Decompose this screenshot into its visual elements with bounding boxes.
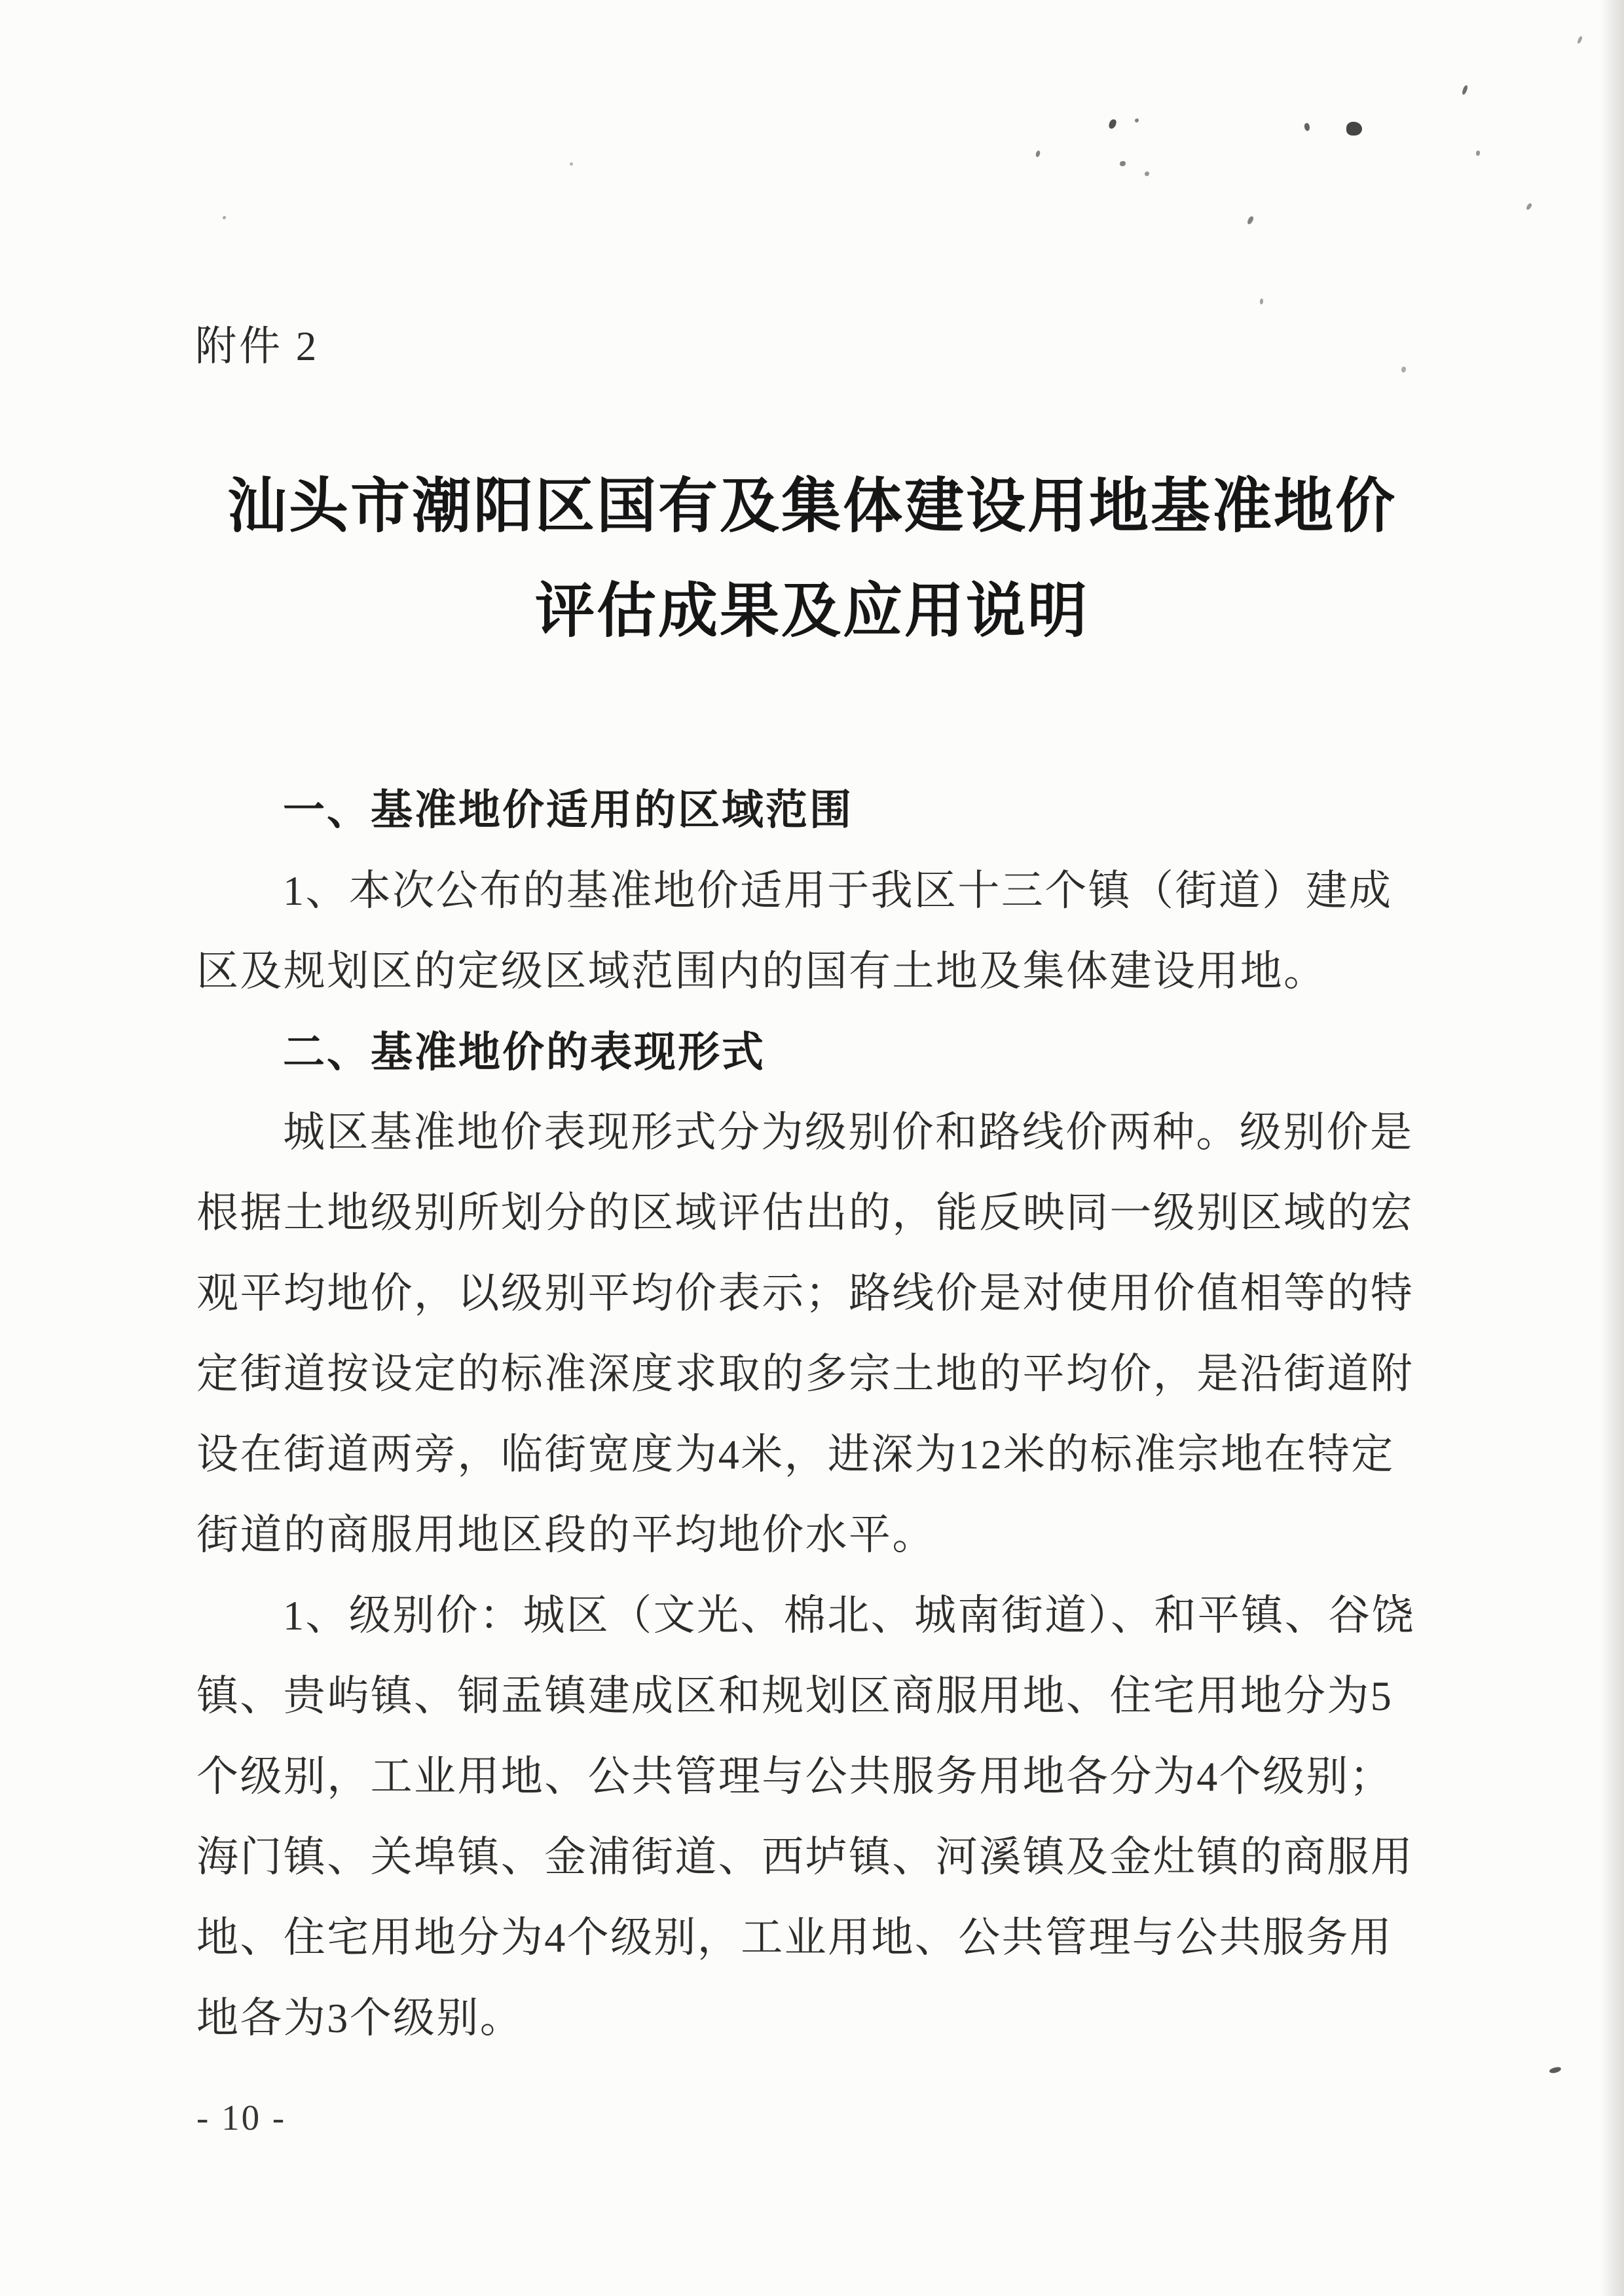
- scan-artifact: [1346, 122, 1362, 136]
- scan-artifact: [1401, 367, 1406, 373]
- attachment-label: 附件 2: [195, 313, 319, 373]
- document-title-line-1: 汕头市潮阳区国有及集体建设用地基准地价: [0, 458, 1624, 544]
- section-2-paragraph-2-line: 地各为3个级别。: [196, 1993, 1418, 2044]
- section-2-paragraph-2-line: 地、住宅用地分为4个级别，工业用地、公共管理与公共服务用: [196, 1912, 1418, 1963]
- section-2-paragraph-1-line: 街道的商服用地区段的平均地价水平。: [196, 1510, 1418, 1561]
- section-2-paragraph-2-line: 镇、贵屿镇、铜盂镇建成区和规划区商服用地、住宅用地分为5: [196, 1671, 1418, 1722]
- scanned-document-page: 附件 2 汕头市潮阳区国有及集体建设用地基准地价 评估成果及应用说明 一、基准地…: [0, 0, 1624, 2296]
- section-2-paragraph-1-line: 根据土地级别所划分的区域评估出的，能反映同一级别区域的宏: [196, 1188, 1418, 1239]
- scan-artifact: [223, 216, 226, 219]
- scan-artifact: [1526, 202, 1533, 211]
- scan-artifact: [1549, 2066, 1561, 2074]
- section-2-paragraph-1-line: 设在街道两旁，临街宽度为4米，进深为12米的标准宗地在特定: [196, 1429, 1418, 1480]
- scan-artifact: [1120, 161, 1126, 166]
- scan-artifact: [1462, 84, 1468, 95]
- section-2-paragraph-1-line: 定街道按设定的标准深度求取的多宗土地的平均价，是沿街道附: [196, 1349, 1418, 1400]
- section-2-paragraph-1-line: 城区基准地价表现形式分为级别价和路线价两种。级别价是: [196, 1107, 1504, 1158]
- scan-artifact: [1247, 215, 1255, 225]
- scan-artifact: [1476, 151, 1480, 156]
- scan-edge-shadow: [1600, 0, 1624, 2296]
- scan-artifact: [1135, 118, 1139, 122]
- scan-artifact: [1304, 122, 1311, 132]
- scan-artifact: [1145, 172, 1149, 176]
- scan-artifact: [1577, 36, 1583, 45]
- section-1-heading: 一、基准地价适用的区域范围: [196, 784, 1504, 835]
- document-title-line-2: 评估成果及应用说明: [0, 563, 1624, 649]
- section-1-paragraph-line: 1、本次公布的基准地价适用于我区十三个镇（街道）建成: [196, 866, 1504, 917]
- scan-artifact: [1108, 118, 1118, 130]
- section-1-paragraph-line: 区及规划区的定级区域范围内的国有土地及集体建设用地。: [196, 946, 1418, 997]
- scan-artifact: [1260, 299, 1263, 304]
- page-number: - 10 -: [196, 2097, 286, 2138]
- section-2-paragraph-1-line: 观平均地价，以级别平均价表示；路线价是对使用价值相等的特: [196, 1268, 1418, 1319]
- scan-artifact: [570, 162, 573, 166]
- section-2-paragraph-2-line: 海门镇、关埠镇、金浦街道、西垆镇、河溪镇及金灶镇的商服用: [196, 1832, 1418, 1883]
- section-2-heading: 二、基准地价的表现形式: [196, 1027, 1504, 1078]
- section-2-paragraph-2-line: 个级别，工业用地、公共管理与公共服务用地各分为4个级别；: [196, 1751, 1418, 1802]
- section-2-paragraph-2-line: 1、级别价：城区（文光、棉北、城南街道）、和平镇、谷饶: [196, 1590, 1504, 1641]
- scan-artifact: [1035, 150, 1041, 157]
